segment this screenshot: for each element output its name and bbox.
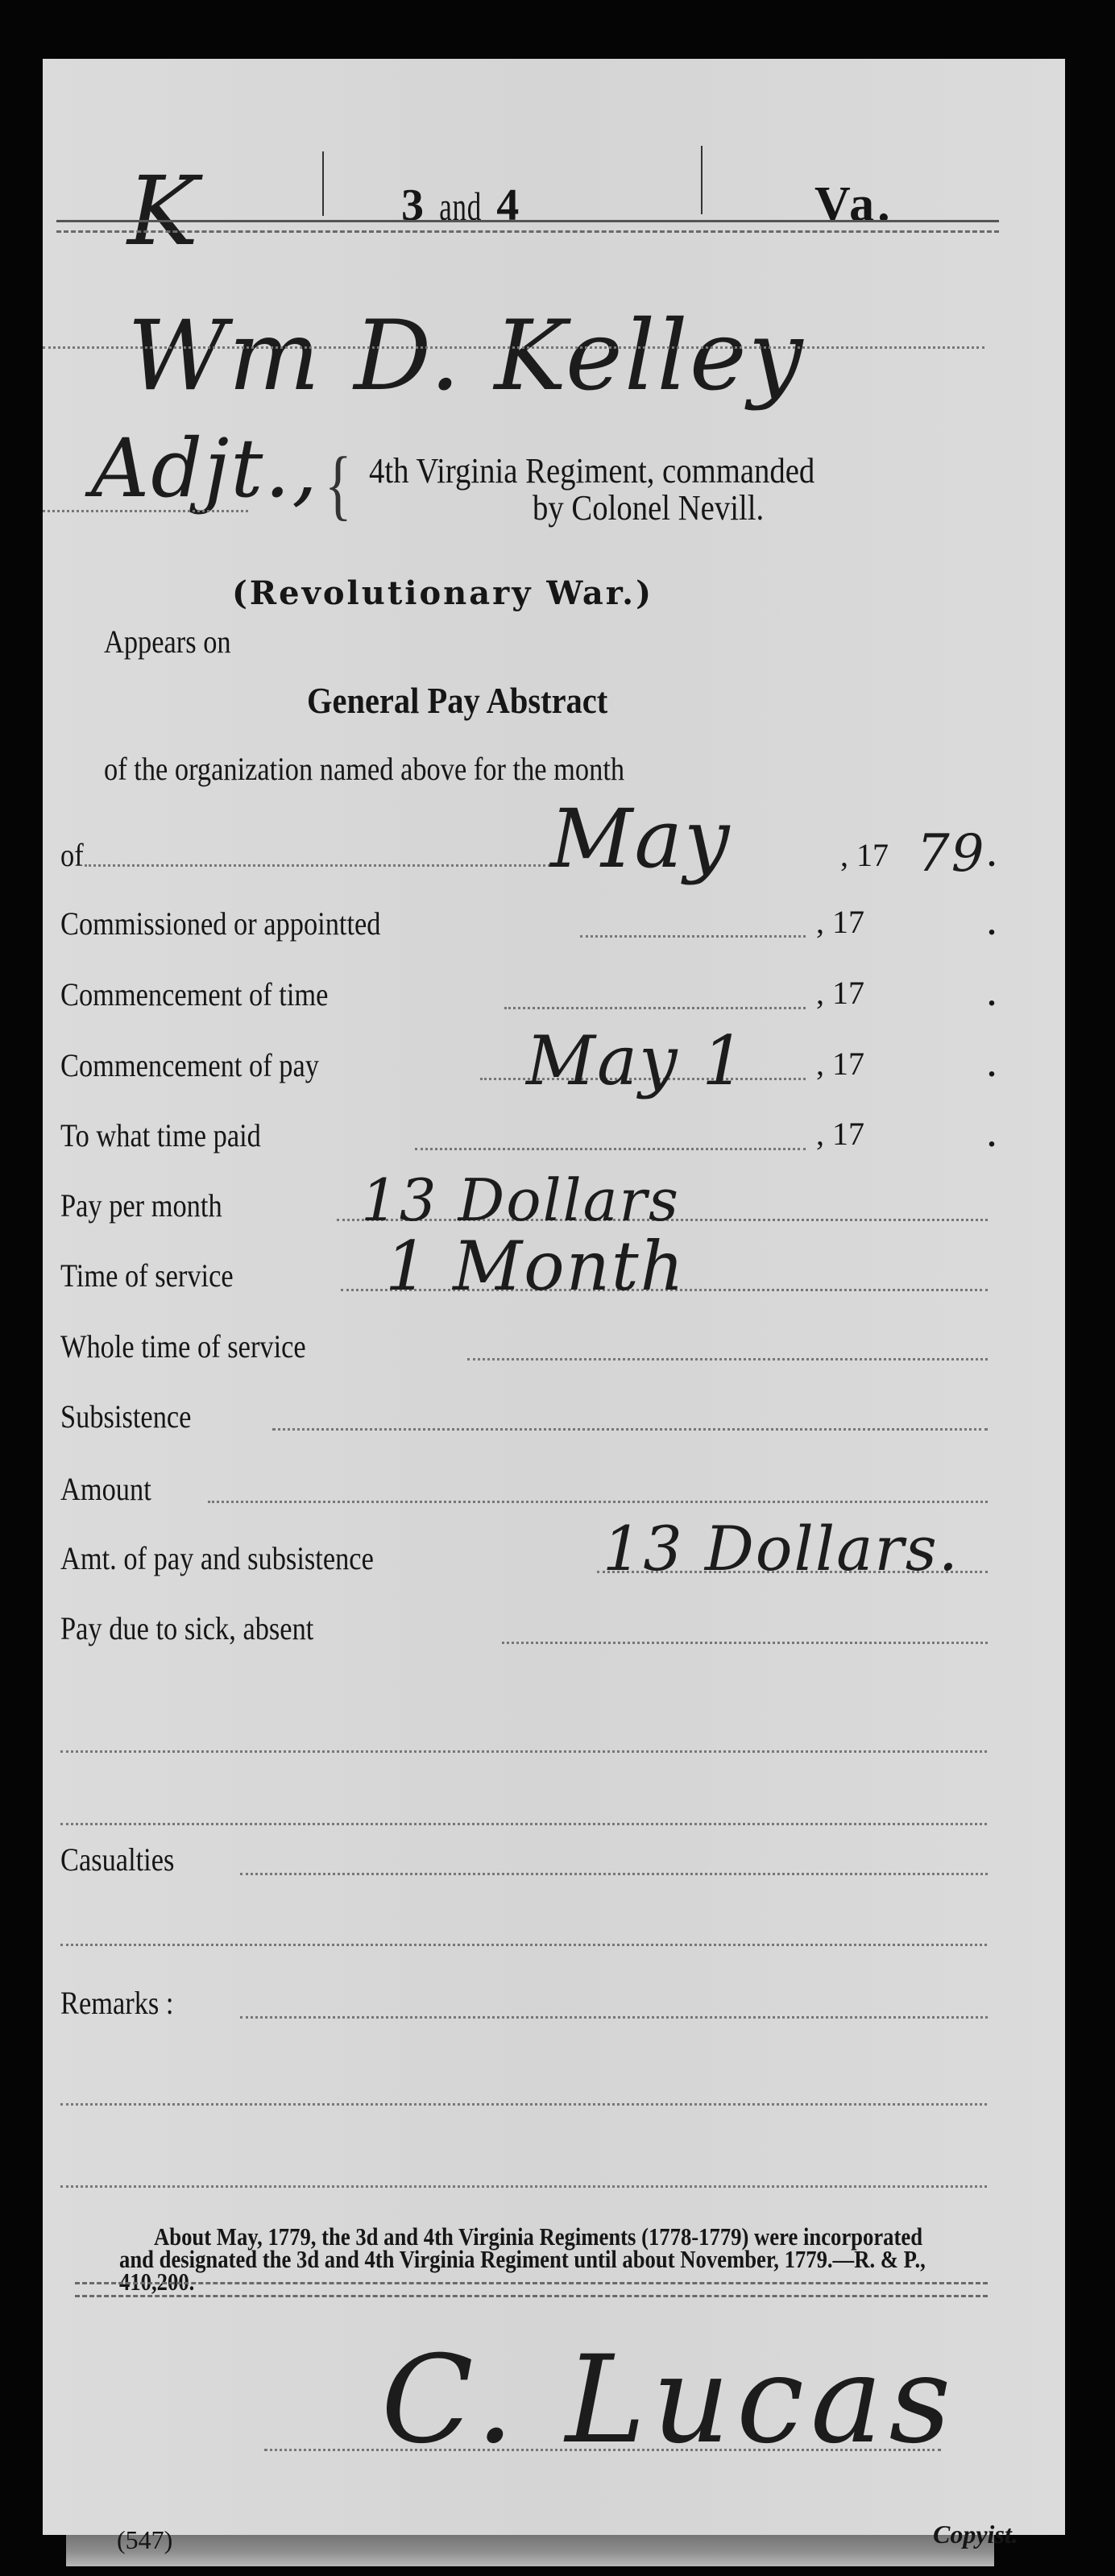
header-separator xyxy=(701,146,703,214)
field-label: Amount xyxy=(60,1470,151,1508)
month-value: May xyxy=(550,792,732,886)
footer-rule xyxy=(75,2282,988,2284)
month-year-prefix: , 17 xyxy=(840,836,889,874)
pay-abstract-card: K 3 and 4 Va. Wm D. Kelley Adjt., { 4th … xyxy=(43,59,1065,2535)
field-label: Subsistence xyxy=(60,1398,191,1435)
state-abbrev: Va. xyxy=(814,176,893,234)
soldier-rank: Adjt., xyxy=(91,421,319,516)
field-value: 1 Month xyxy=(385,1227,686,1306)
remarks-line xyxy=(60,2103,987,2106)
field-value: 13 Dollars xyxy=(361,1166,680,1234)
intro-text: of the organization named above for the … xyxy=(104,750,624,788)
field-label: Amt. of pay and subsistence xyxy=(60,1539,374,1577)
war-heading: (Revolutionary War.) xyxy=(232,574,653,612)
field-value: 13 Dollars. xyxy=(603,1513,960,1584)
copyist-label: Copyist. xyxy=(933,2520,1018,2549)
record-type-title: General Pay Abstract xyxy=(307,679,607,722)
date-row-label: Commencement of time xyxy=(60,975,328,1013)
date-row-year: , 17 xyxy=(816,1045,864,1083)
date-row-end: . xyxy=(988,1116,996,1154)
month-year-suffix: 79 xyxy=(917,824,985,884)
date-row-line xyxy=(415,1148,806,1150)
soldier-name: Wm D. Kelley xyxy=(127,300,805,412)
organization-line-1: 4th Virginia Regiment, commanded xyxy=(369,450,814,491)
field-label: Whole time of service xyxy=(60,1327,306,1365)
field-label: Pay due to sick, absent xyxy=(60,1609,313,1647)
blank-line xyxy=(60,1823,987,1825)
date-row-label: To what time paid xyxy=(60,1116,261,1154)
casualties-line xyxy=(60,1944,987,1946)
date-row-end: . xyxy=(988,1046,996,1084)
month-line xyxy=(85,864,560,867)
casualties-line xyxy=(240,1873,988,1875)
field-label: Pay per month xyxy=(60,1187,222,1224)
regiment-first: 3 xyxy=(401,180,425,230)
field-line xyxy=(502,1642,988,1644)
date-row-label: Commissioned or appointted xyxy=(60,905,380,942)
date-row-line xyxy=(580,935,806,938)
appears-on-label: Appears on xyxy=(104,623,231,661)
date-row-value: May 1 xyxy=(526,1021,747,1100)
regiment-numbers: 3 and 4 xyxy=(401,180,520,231)
name-line xyxy=(43,346,984,349)
date-row-year: , 17 xyxy=(816,903,864,941)
date-row-label: Commencement of pay xyxy=(60,1046,319,1084)
month-end: . xyxy=(988,836,996,874)
regiment-second: 4 xyxy=(496,180,520,230)
header-rule xyxy=(56,220,999,222)
casualties-label: Casualties xyxy=(60,1841,174,1878)
remarks-line xyxy=(240,2016,988,2019)
date-row-year: , 17 xyxy=(816,974,864,1012)
footer-rule xyxy=(75,2295,988,2297)
date-row-line xyxy=(504,1007,806,1009)
date-row-year: , 17 xyxy=(816,1115,864,1153)
blank-line xyxy=(60,1750,987,1753)
signature-line xyxy=(264,2449,941,2451)
remarks-line xyxy=(60,2185,987,2188)
header-rule xyxy=(56,230,999,233)
field-line xyxy=(208,1501,988,1503)
date-row-end: . xyxy=(988,905,996,942)
organization-line-2: by Colonel Nevill. xyxy=(533,487,764,528)
form-number: (547) xyxy=(117,2525,172,2555)
field-label: Time of service xyxy=(60,1257,234,1294)
remarks-label: Remarks : xyxy=(60,1984,173,2022)
field-line xyxy=(272,1428,988,1431)
rank-line xyxy=(43,510,248,512)
month-label: of xyxy=(60,836,84,874)
date-row-end: . xyxy=(988,975,996,1013)
regiment-joiner: and xyxy=(439,183,482,230)
file-letter: K xyxy=(127,155,200,267)
brace-icon: { xyxy=(325,441,352,531)
field-line xyxy=(467,1358,988,1360)
header-separator xyxy=(322,151,324,216)
